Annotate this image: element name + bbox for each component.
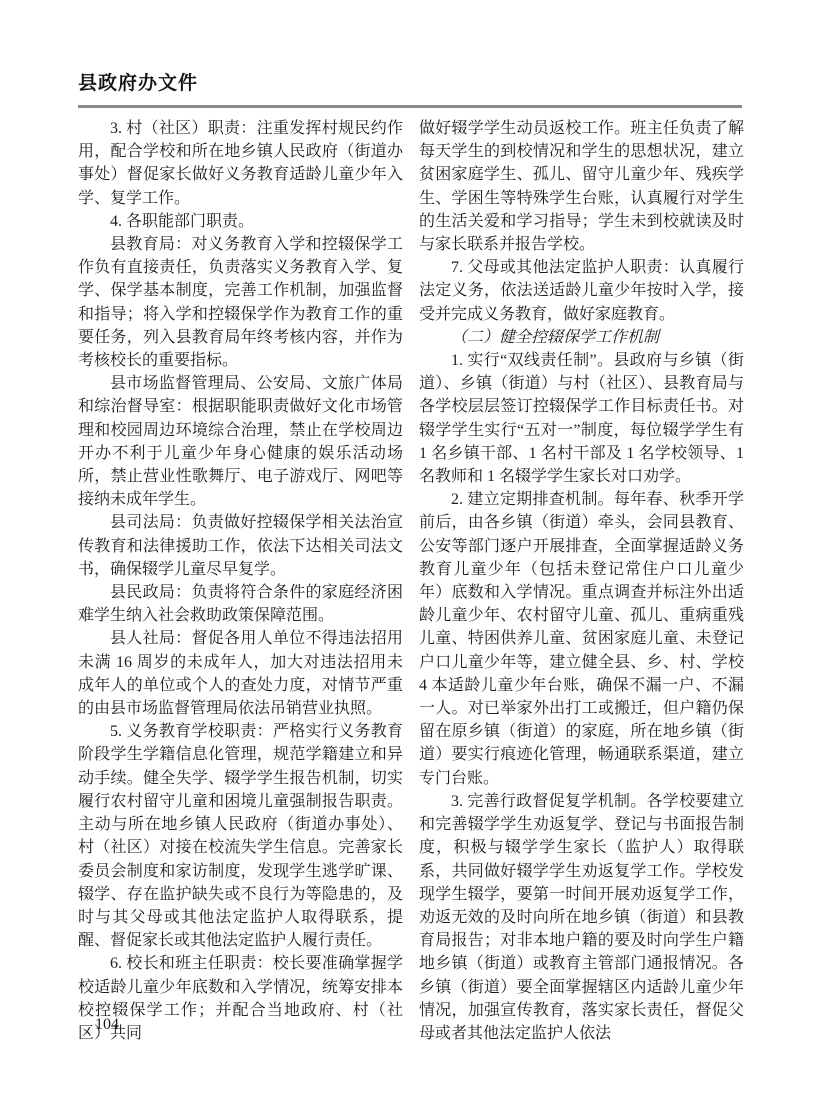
document-header: 县政府办文件	[78, 68, 742, 108]
body-paragraph: 做好辍学学生动员返校工作。班主任负责了解每天学生的到校情况和学生的思想状况，建立…	[419, 117, 744, 256]
body-paragraph: 6. 校长和班主任职责：校长要准确掌握学校适龄儿童少年底数和入学情况，统筹安排本…	[78, 952, 403, 1045]
body-paragraph: 5. 义务教育学校职责：严格实行义务教育阶段学生学籍信息化管理，规范学籍建立和异…	[78, 720, 403, 952]
right-column: 做好辍学学生动员返校工作。班主任负责了解每天学生的到校情况和学生的思想状况，建立…	[419, 117, 744, 1045]
body-paragraph: 县教育局：对义务教育入学和控辍保学工作负有直接责任，负责落实义务教育入学、复学、…	[78, 233, 403, 372]
page-number: 104	[95, 1016, 119, 1033]
page-title: 县政府办文件	[78, 68, 742, 95]
two-column-body: 3. 村（社区）职责：注重发挥村规民约作用，配合学校和所在地乡镇人民政府（街道办…	[78, 117, 744, 1045]
body-paragraph: 县人社局：督促各用人单位不得违法招用未满 16 周岁的未成年人，加大对违法招用未…	[78, 627, 403, 720]
left-column: 3. 村（社区）职责：注重发挥村规民约作用，配合学校和所在地乡镇人民政府（街道办…	[78, 117, 403, 1045]
page-footer: 104	[95, 1016, 119, 1034]
body-paragraph: 4. 各职能部门职责。	[78, 210, 403, 233]
body-paragraph: 县民政局：负责将符合条件的家庭经济困难学生纳入社会救助政策保障范围。	[78, 581, 403, 627]
body-paragraph: 7. 父母或其他法定监护人职责：认真履行法定义务，依法送适龄儿童少年按时入学，接…	[419, 256, 744, 326]
body-paragraph: 3. 村（社区）职责：注重发挥村规民约作用，配合学校和所在地乡镇人民政府（街道办…	[78, 117, 403, 210]
header-rule	[78, 105, 742, 108]
body-paragraph: 县司法局：负责做好控辍保学相关法治宣传教育和法律援助工作，依法下达相关司法文书，…	[78, 511, 403, 581]
body-paragraph: 2. 建立定期排查机制。每年春、秋季开学前后，由各乡镇（街道）牵头，会同县教育、…	[419, 488, 744, 790]
body-paragraph: 1. 实行“双线责任制”。县政府与乡镇（街道）、乡镇（街道）与村（社区）、县教育…	[419, 349, 744, 488]
body-paragraph: 3. 完善行政督促复学机制。各学校要建立和完善辍学学生劝返复学、登记与书面报告制…	[419, 790, 744, 1045]
document-page: 县政府办文件 3. 村（社区）职责：注重发挥村规民约作用，配合学校和所在地乡镇人…	[0, 0, 816, 1099]
section-heading: （二）健全控辍保学工作机制	[419, 326, 744, 349]
body-paragraph: 县市场监督管理局、公安局、文旅广体局和综治督导室：根据职能职责做好文化市场管理和…	[78, 372, 403, 511]
